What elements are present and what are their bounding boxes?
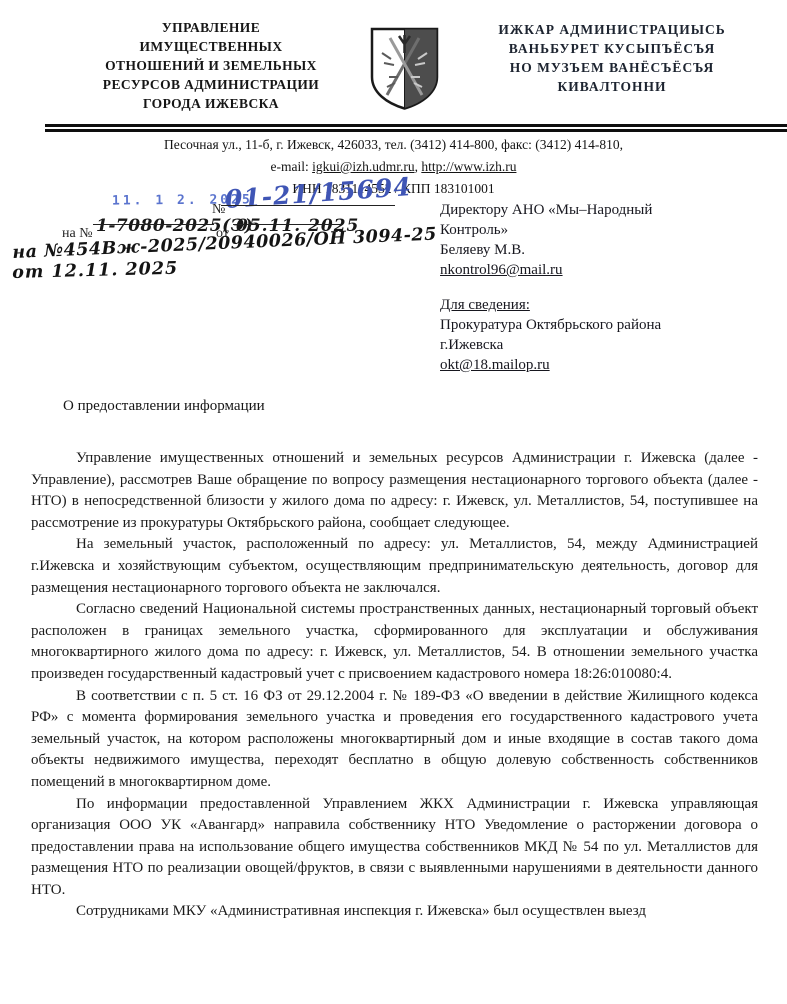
org-line: КИВАЛТОННИ — [446, 77, 778, 96]
org-line: ОТНОШЕНИЙ И ЗЕМЕЛЬНЫХ — [60, 56, 362, 75]
org-line: ИЖКАР АДМИНИСТРАЦИЫСЬ — [446, 20, 778, 39]
izhevsk-coat-of-arms-icon — [367, 25, 442, 113]
org-line: УПРАВЛЕНИЕ — [60, 18, 362, 37]
fyi-org: Прокуратура Октябрьского района — [440, 315, 780, 335]
spacer — [440, 280, 780, 295]
body-paragraph: Управление имущественных отношений и зем… — [31, 448, 758, 534]
email-label: e-mail: — [271, 159, 313, 174]
sender-website: http://www.izh.ru — [421, 159, 516, 174]
fyi-email: okt@18.mailop.ru — [440, 355, 780, 375]
recipient-title: Директору АНО «Мы–Народный — [440, 200, 780, 220]
fyi-city: г.Ижевска — [440, 335, 780, 355]
fyi-label: Для сведения: — [440, 295, 780, 315]
body-paragraph: На земельный участок, расположенный по а… — [31, 534, 758, 599]
recipient-email: nkontrol96@mail.ru — [440, 260, 780, 280]
incoming-date-rule — [233, 224, 343, 225]
body-paragraph: Согласно сведений Национальной системы п… — [31, 599, 758, 685]
postal-address: Песочная ул., 11-б, г. Ижевск, 426033, т… — [0, 134, 787, 156]
org-line: НО МУЗЪЕМ ВАНЁСЪЁСЪЯ — [446, 58, 778, 77]
handwritten-note-line-2: от 12.11. 2025 — [12, 259, 178, 283]
org-line: РЕСУРСОВ АДМИНИСТРАЦИИ — [60, 75, 362, 94]
body-paragraph: По информации предоставленной Управление… — [31, 794, 758, 902]
letter-subject: О предоставлении информации — [63, 398, 265, 415]
letter-body: Управление имущественных отношений и зем… — [31, 448, 758, 923]
recipient-title: Контроль» — [440, 220, 780, 240]
recipient-block: Директору АНО «Мы–Народный Контроль» Бел… — [440, 200, 780, 375]
recipient-name: Беляеву М.В. — [440, 240, 780, 260]
outgoing-number-rule — [221, 205, 395, 206]
org-line: ИМУЩЕСТВЕННЫХ — [60, 37, 362, 56]
sender-org-name-udm: ИЖКАР АДМИНИСТРАЦИЫСЬ ВАНЬБУРЕТ КУСЫПЪЁС… — [446, 20, 778, 96]
body-paragraph: Сотрудниками МКУ «Административная инспе… — [31, 901, 758, 923]
sender-org-name-ru: УПРАВЛЕНИЕ ИМУЩЕСТВЕННЫХ ОТНОШЕНИЙ И ЗЕМ… — [60, 18, 362, 113]
incoming-ref-rule — [93, 224, 214, 225]
header-divider-rule — [45, 124, 787, 132]
scanned-letter-page: УПРАВЛЕНИЕ ИМУЩЕСТВЕННЫХ ОТНОШЕНИЙ И ЗЕМ… — [0, 0, 787, 1004]
org-line: ВАНЬБУРЕТ КУСЫПЪЁСЪЯ — [446, 39, 778, 58]
body-paragraph: В соответствии с п. 5 ст. 16 ФЗ от 29.12… — [31, 686, 758, 794]
org-line: ГОРОДА ИЖЕВСКА — [60, 94, 362, 113]
